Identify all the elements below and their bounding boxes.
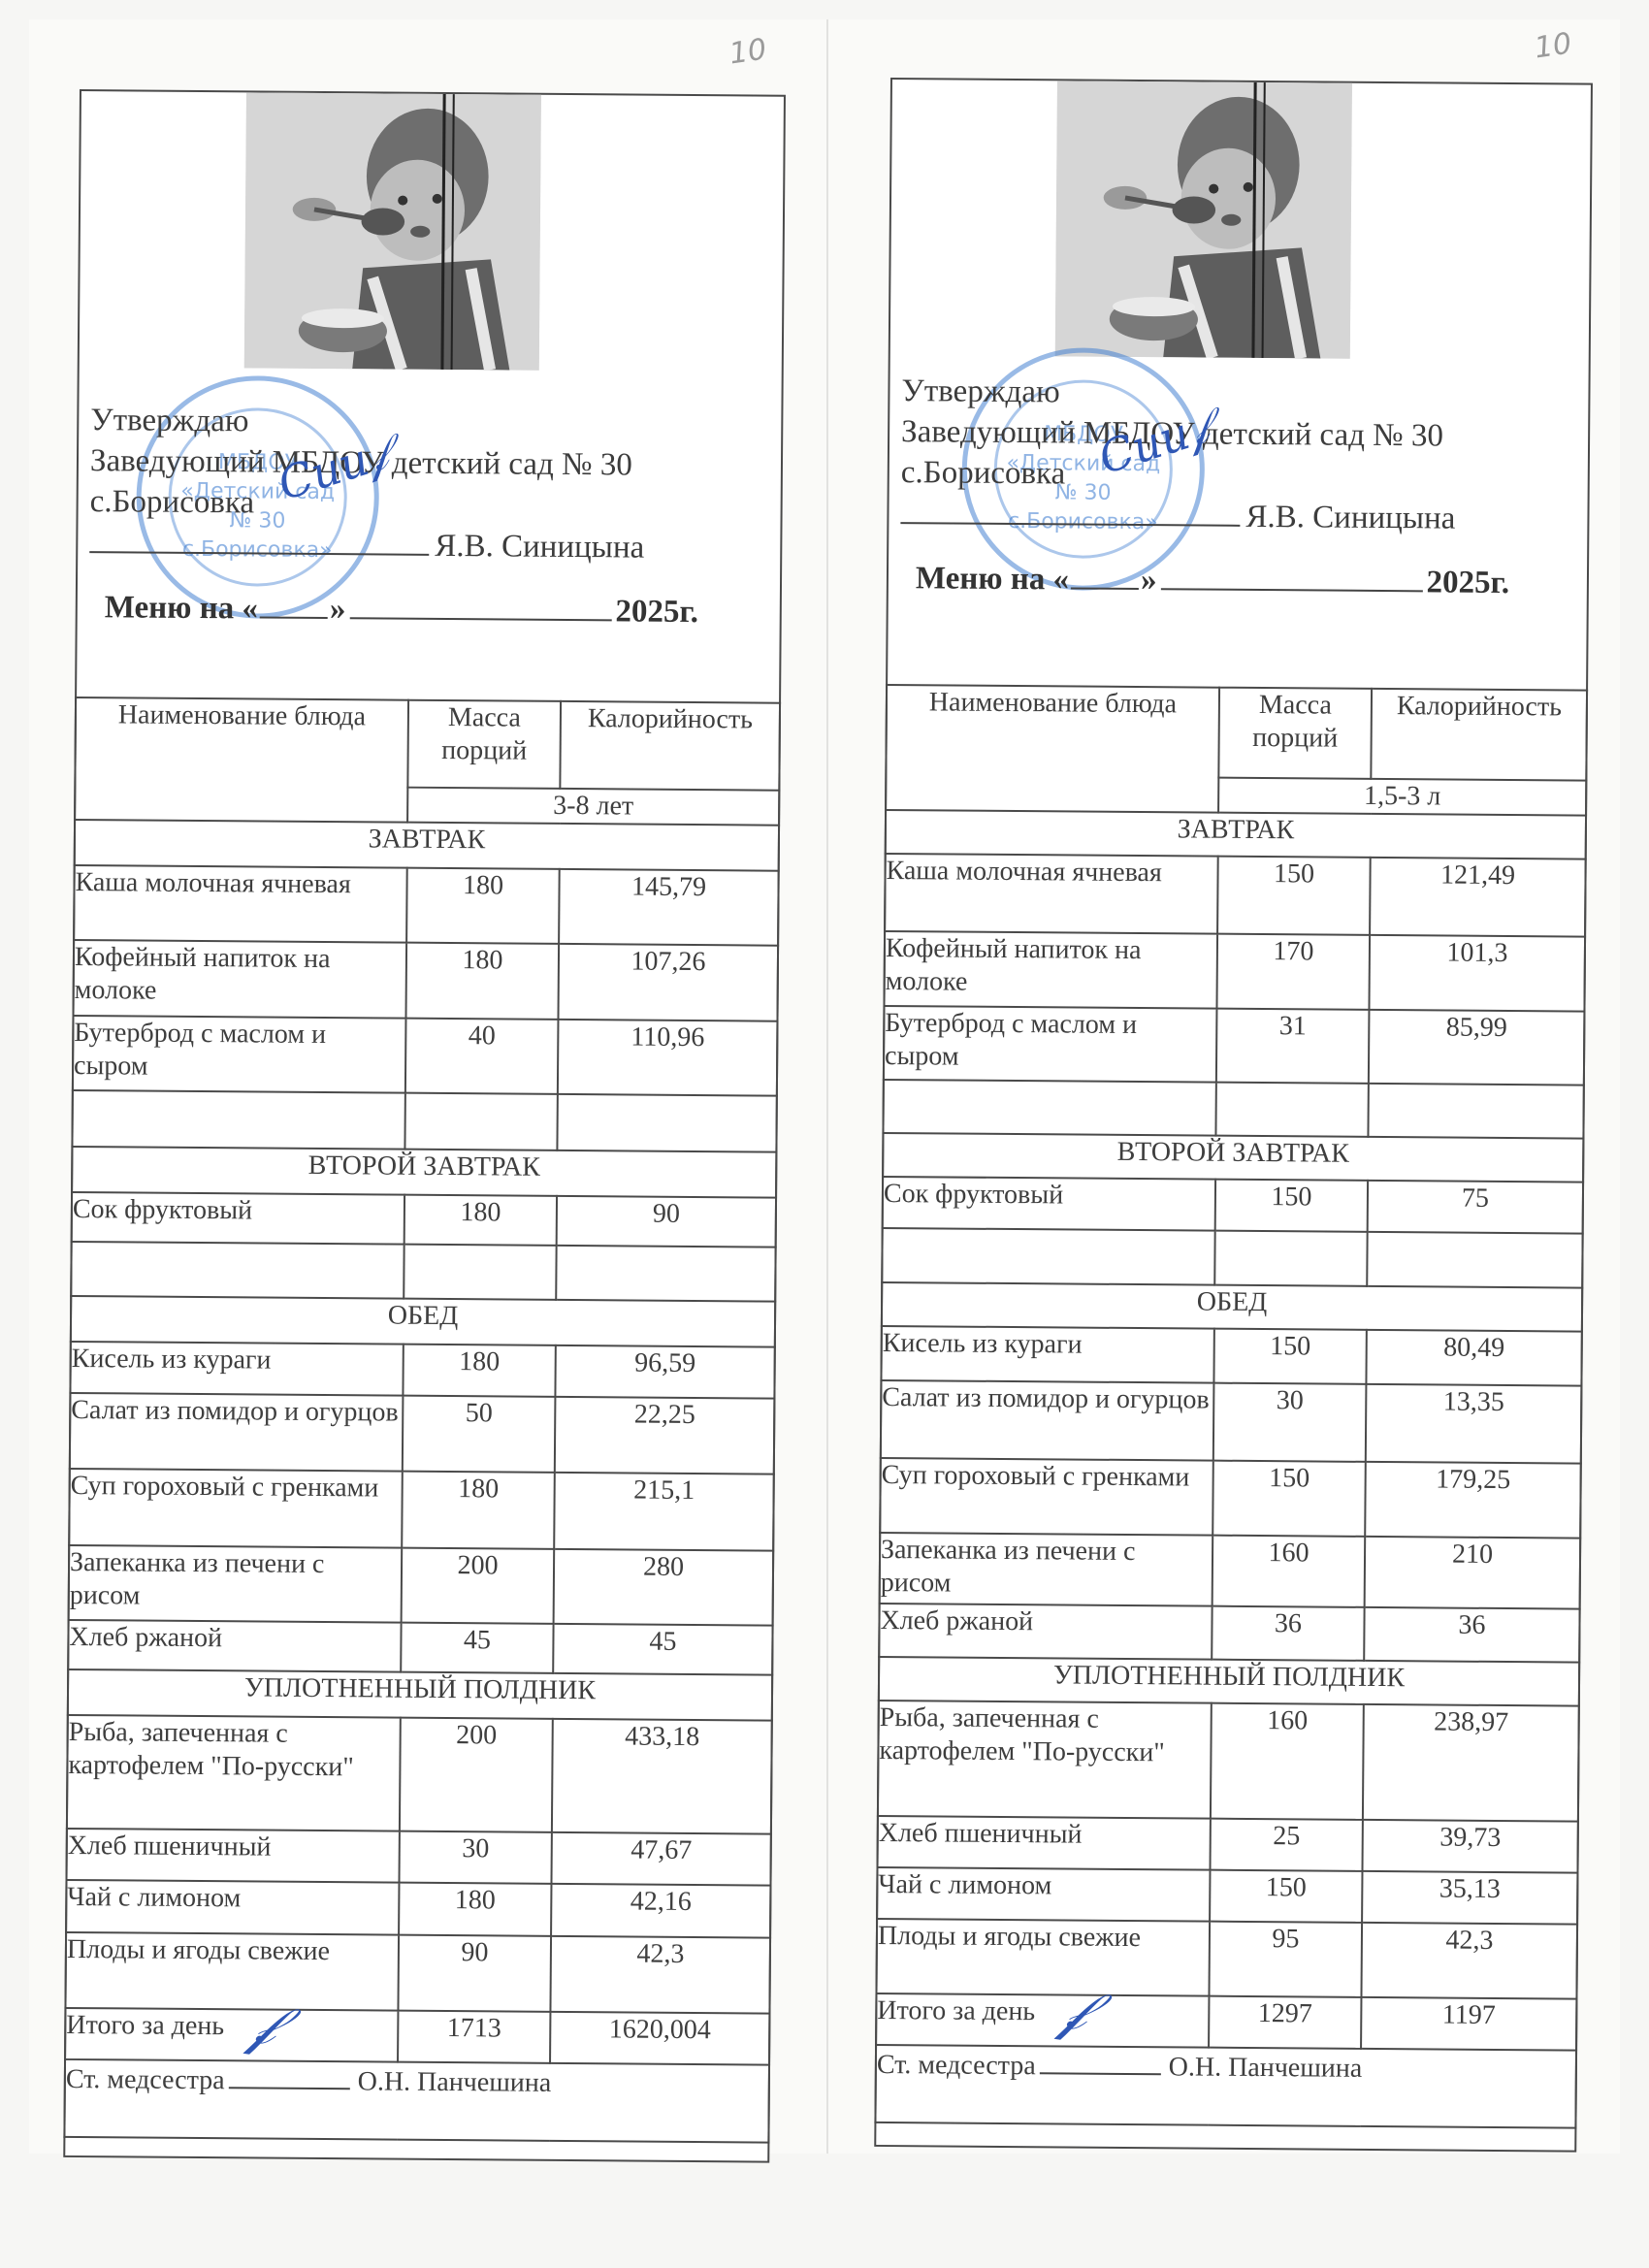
meal-section-row: УПЛОТНЕННЫЙ ПОЛДНИК — [879, 1657, 1579, 1706]
calories — [1368, 1084, 1583, 1139]
dish-name: Запеканка из печени с рисом — [69, 1545, 403, 1623]
portion-mass: 200 — [402, 1548, 555, 1624]
menu-date-year: 2025г. — [615, 591, 698, 632]
nurse-signature-icon: 𝒻 — [248, 2006, 278, 2043]
nurse-footer-row: Ст. медсестра 𝒻 О.Н. Панчешина — [875, 2045, 1576, 2128]
dish-name — [71, 1242, 404, 1299]
portion-mass: 30 — [399, 1831, 551, 1884]
menu-page-3-8-years: МБДОУ «Детский сад № 30 с.Борисовка» Утв… — [63, 89, 786, 2163]
meal-section-title: ОБЕД — [882, 1282, 1582, 1332]
calories: 215,1 — [554, 1473, 774, 1551]
table-row: Салат из помидор и огурцов5022,25 — [70, 1393, 775, 1474]
nurse-footer-row: Ст. медсестра 𝒻 О.Н. Панчешина — [64, 2059, 769, 2143]
dish-name: Бутерброд с маслом и сыром — [884, 1006, 1217, 1083]
header-calories: Калорийность — [560, 701, 780, 791]
dish-name: Салат из помидор и огурцов — [881, 1380, 1214, 1461]
signature-blank — [900, 493, 1240, 527]
portion-mass — [1215, 1083, 1368, 1137]
calories: 145,79 — [559, 869, 779, 946]
dish-name: Чай с лимоном — [877, 1867, 1210, 1922]
meal-section-title: УПЛОТНЕННЫЙ ПОЛДНИК — [68, 1669, 772, 1721]
portion-mass: 180 — [404, 1195, 557, 1246]
signature-blank — [89, 522, 429, 556]
approval-block: Утверждаю Заведующий МБДОУ детский сад №… — [900, 371, 1579, 603]
nurse-signature-blank: 𝒻 — [1040, 2047, 1161, 2075]
meal-section-row: УПЛОТНЕННЫЙ ПОЛДНИК — [68, 1669, 772, 1721]
portion-mass: 200 — [400, 1718, 553, 1832]
dish-name: Хлеб пшеничный — [878, 1816, 1211, 1870]
table-row: Каша молочная ячневая150121,49 — [885, 854, 1586, 937]
calories: 45 — [553, 1624, 772, 1675]
portion-mass: 180 — [403, 1345, 555, 1397]
meal-section-title: ВТОРОЙ ЗАВТРАК — [72, 1147, 776, 1198]
dish-name: Суп гороховый с гренками — [880, 1458, 1213, 1536]
month-blank — [1160, 561, 1422, 592]
dish-name: Рыба, запеченная с картофелем "По-русски… — [878, 1701, 1212, 1819]
dish-name: Плоды и ягоды свежие — [65, 1932, 399, 2011]
table-row: Салат из помидор и огурцов3013,35 — [881, 1380, 1582, 1464]
table-row: Кисель из кураги15080,49 — [881, 1326, 1581, 1386]
total-calories: 1197 — [1361, 1997, 1576, 2051]
table-row: Плоды и ягоды свежие9542,3 — [876, 1919, 1577, 1999]
age-group: 3-8 лет — [407, 788, 779, 826]
meal-section-row: ЗАВТРАК — [75, 820, 779, 871]
portion-mass — [404, 1093, 557, 1150]
calories: 13,35 — [1366, 1384, 1582, 1464]
table-row: Чай с лимоном18042,16 — [66, 1880, 770, 1938]
calories: 107,26 — [558, 944, 778, 1021]
calories: 210 — [1365, 1537, 1581, 1609]
total-mass: 1297 — [1209, 1996, 1361, 2049]
menu-page-1-5-3-years: МБДОУ «Детский сад № 30 с.Борисовка» Утв… — [874, 78, 1593, 2153]
calories: 39,73 — [1362, 1820, 1577, 1873]
village-name: с.Борисовка — [89, 481, 770, 528]
menu-date-year: 2025г. — [1426, 562, 1509, 603]
portion-mass: 25 — [1210, 1819, 1362, 1871]
calories — [1367, 1232, 1582, 1288]
portion-mass: 40 — [405, 1019, 559, 1094]
table-row: Кофейный напиток на молоке180107,26 — [73, 940, 778, 1021]
menu-date-title: Меню на « » 2025г. — [900, 558, 1577, 603]
calories: 80,49 — [1366, 1330, 1581, 1386]
month-blank — [349, 590, 611, 621]
director-signature-line: Я.В. Синицына — [900, 493, 1577, 539]
nurse-signature-icon: 𝒻 — [1059, 1992, 1089, 2028]
director-name: Я.В. Синицына — [435, 526, 644, 568]
approve-label: Утверждаю — [90, 400, 771, 446]
calories: 179,25 — [1365, 1462, 1581, 1539]
total-label: Итого за день — [65, 2008, 398, 2062]
menu-table: Наименование блюда Масса порций Калорийн… — [874, 684, 1588, 2129]
portion-mass: 150 — [1217, 857, 1371, 935]
dish-name: Сок фруктовый — [72, 1192, 404, 1245]
portion-mass: 31 — [1216, 1009, 1370, 1084]
table-row: Хлеб пшеничный2539,73 — [878, 1816, 1578, 1873]
portion-mass — [404, 1245, 556, 1300]
meal-section-row: ОБЕД — [882, 1282, 1582, 1332]
table-row — [72, 1090, 776, 1152]
table-row: Чай с лимоном15035,13 — [877, 1867, 1577, 1925]
age-group: 1,5-3 л — [1218, 778, 1586, 816]
calories: 85,99 — [1369, 1010, 1585, 1085]
village-name: с.Борисовка — [901, 452, 1578, 498]
table-row: Сок фруктовый18090 — [72, 1192, 776, 1247]
header-calories: Калорийность — [1371, 689, 1587, 781]
child-eating-porridge-illustration — [244, 92, 541, 370]
nurse-role: Ст. медсестра — [66, 2063, 225, 2097]
calories: 90 — [557, 1196, 776, 1247]
calories: 42,16 — [551, 1884, 770, 1938]
menu-date-title: Меню на « » 2025г. — [89, 587, 770, 633]
dish-name — [882, 1228, 1214, 1285]
dish-name: Хлеб ржаной — [68, 1620, 401, 1672]
handwritten-page-number-right: 10 — [1533, 27, 1574, 66]
calories: 22,25 — [555, 1397, 775, 1474]
menu-date-mid: » — [1141, 560, 1157, 600]
scan-fold-line — [826, 19, 828, 2154]
meal-section-title: ОБЕД — [71, 1296, 775, 1347]
meal-section-row: ВТОРОЙ ЗАВТРАК — [883, 1133, 1583, 1183]
total-calories: 1620,004 — [550, 2012, 769, 2065]
portion-mass: 180 — [405, 943, 559, 1020]
table-row — [71, 1242, 775, 1302]
director-signature-line: Я.В. Синицына — [89, 522, 770, 569]
portion-mass: 50 — [403, 1396, 556, 1473]
calories: 110,96 — [558, 1020, 778, 1096]
calories: 121,49 — [1370, 858, 1586, 937]
header-dish-name: Наименование блюда — [75, 697, 408, 823]
nurse-signature-cell: Ст. медсестра 𝒻 О.Н. Панчешина — [64, 2059, 769, 2143]
meal-section-title: ЗАВТРАК — [75, 820, 779, 871]
approve-label: Утверждаю — [901, 371, 1578, 416]
table-header-row: Наименование блюда Масса порций Калорийн… — [886, 685, 1587, 781]
menu-date-prefix: Меню на « — [105, 587, 258, 629]
table-row: Запеканка из печени с рисом200280 — [69, 1545, 774, 1626]
table-header-row: Наименование блюда Масса порций Калорийн… — [75, 697, 780, 791]
dish-name: Кисель из кураги — [70, 1342, 403, 1396]
meal-section-title: УПЛОТНЕННЫЙ ПОЛДНИК — [879, 1657, 1579, 1706]
calories — [556, 1246, 775, 1302]
total-row: Итого за день 1297 1197 — [876, 1993, 1576, 2051]
nurse-signature-cell: Ст. медсестра 𝒻 О.Н. Панчешина — [875, 2045, 1576, 2128]
table-row: Хлеб пшеничный3047,67 — [67, 1829, 771, 1886]
total-label: Итого за день — [876, 1993, 1209, 2048]
dish-name: Хлеб ржаной — [879, 1604, 1212, 1660]
table-row: Суп гороховый с гренками180215,1 — [69, 1469, 774, 1551]
table-row: Каша молочная ячневая180145,79 — [74, 865, 779, 946]
table-row: Кофейный напиток на молоке170101,3 — [884, 931, 1585, 1012]
total-mass: 1713 — [398, 2011, 550, 2063]
table-row: Бутерброд с маслом и сыром40110,96 — [73, 1016, 778, 1096]
calories: 42,3 — [550, 1936, 770, 2014]
portion-mass: 45 — [401, 1623, 553, 1673]
calories: 47,67 — [551, 1832, 770, 1886]
header-portion-mass: Масса порций — [1218, 688, 1372, 779]
portion-mass: 150 — [1213, 1329, 1366, 1384]
meal-section-row: ВТОРОЙ ЗАВТРАК — [72, 1147, 776, 1198]
dish-name: Сок фруктовый — [883, 1177, 1215, 1231]
calories: 280 — [554, 1549, 774, 1626]
dish-name: Чай с лимоном — [66, 1880, 399, 1935]
dish-name: Кофейный напиток на молоке — [884, 931, 1217, 1009]
dish-name: Запеканка из печени с рисом — [880, 1533, 1213, 1606]
dish-name — [883, 1080, 1215, 1136]
director-position: Заведующий МБДОУ детский сад № 30 — [901, 411, 1578, 457]
director-name: Я.В. Синицына — [1245, 497, 1455, 539]
table-row: Бутерброд с маслом и сыром3185,99 — [884, 1006, 1585, 1085]
portion-mass: 36 — [1212, 1606, 1364, 1661]
table-row — [883, 1080, 1583, 1139]
handwritten-page-number-left: 10 — [727, 33, 769, 72]
total-row: Итого за день 1713 1620,004 — [65, 2008, 769, 2065]
portion-mass: 95 — [1209, 1922, 1362, 1997]
portion-mass: 170 — [1216, 934, 1370, 1010]
dish-name: Салат из помидор и огурцов — [70, 1393, 404, 1472]
dish-name: Кисель из кураги — [881, 1326, 1213, 1383]
table-row: Рыба, запеченная с картофелем "По-русски… — [67, 1715, 772, 1834]
portion-mass: 150 — [1212, 1461, 1366, 1537]
portion-mass: 150 — [1210, 1870, 1362, 1923]
table-row: Плоды и ягоды свежие9042,3 — [65, 1932, 770, 2014]
calories: 75 — [1368, 1181, 1583, 1234]
header-portion-mass: Масса порций — [407, 700, 561, 789]
calories: 101,3 — [1369, 935, 1585, 1012]
portion-mass: 150 — [1215, 1180, 1368, 1232]
table-row: Кисель из кураги18096,59 — [70, 1342, 774, 1399]
portion-mass: 160 — [1211, 1703, 1364, 1820]
table-row: Запеканка из печени с рисом160210 — [880, 1533, 1581, 1609]
calories: 238,97 — [1363, 1704, 1579, 1822]
nurse-signature-blank: 𝒻 — [229, 2061, 350, 2090]
portion-mass: 180 — [406, 868, 560, 944]
table-row: Хлеб ржаной3636 — [879, 1604, 1579, 1663]
calories: 433,18 — [552, 1719, 772, 1834]
approval-block: Утверждаю Заведующий МБДОУ детский сад №… — [89, 400, 772, 633]
table-row: Рыба, запеченная с картофелем "По-русски… — [878, 1701, 1579, 1822]
calories: 35,13 — [1362, 1871, 1577, 1925]
meal-section-row: ЗАВТРАК — [886, 810, 1586, 859]
nurse-name: О.Н. Панчешина — [1169, 2051, 1363, 2086]
calories — [557, 1094, 776, 1152]
table-row: Суп гороховый с гренками150179,25 — [880, 1458, 1581, 1539]
meal-section-title: ЗАВТРАК — [886, 810, 1586, 859]
menu-date-prefix: Меню на « — [916, 558, 1069, 599]
menu-table: Наименование блюда Масса порций Калорийн… — [63, 697, 781, 2144]
meal-section-row: ОБЕД — [71, 1296, 775, 1347]
table-row: Хлеб ржаной4545 — [68, 1620, 772, 1675]
director-position: Заведующий МБДОУ детский сад № 30 — [90, 440, 771, 487]
nurse-name: О.Н. Панчешина — [358, 2065, 552, 2100]
portion-mass: 30 — [1213, 1383, 1367, 1462]
dish-name: Каша молочная ячневая — [885, 854, 1218, 934]
dish-name — [72, 1090, 404, 1150]
table-row: Сок фруктовый15075 — [883, 1177, 1583, 1234]
header-dish-name: Наименование блюда — [886, 685, 1219, 813]
dish-name: Кофейный напиток на молоке — [73, 940, 406, 1019]
dish-name: Каша молочная ячневая — [74, 865, 407, 943]
day-blank — [1071, 560, 1139, 590]
portion-mass: 160 — [1212, 1536, 1366, 1607]
nurse-role: Ст. медсестра — [877, 2049, 1036, 2083]
child-eating-porridge-illustration — [1055, 81, 1352, 358]
calories: 36 — [1364, 1607, 1579, 1663]
portion-mass — [1214, 1231, 1367, 1286]
dish-name: Хлеб пшеничный — [67, 1829, 400, 1883]
dish-name: Рыба, запеченная с картофелем "По-русски… — [67, 1715, 401, 1831]
menu-date-mid: » — [330, 589, 346, 630]
portion-mass: 90 — [398, 1935, 551, 2012]
portion-mass: 180 — [399, 1883, 551, 1936]
dish-name: Бутерброд с маслом и сыром — [73, 1016, 406, 1093]
day-blank — [260, 589, 328, 619]
calories: 96,59 — [555, 1345, 774, 1399]
dish-name: Плоды и ягоды свежие — [876, 1919, 1210, 1996]
calories: 42,3 — [1361, 1923, 1577, 1999]
portion-mass: 180 — [402, 1472, 555, 1549]
table-row — [882, 1228, 1582, 1288]
dish-name: Суп гороховый с гренками — [69, 1469, 403, 1548]
meal-section-title: ВТОРОЙ ЗАВТРАК — [883, 1133, 1583, 1183]
